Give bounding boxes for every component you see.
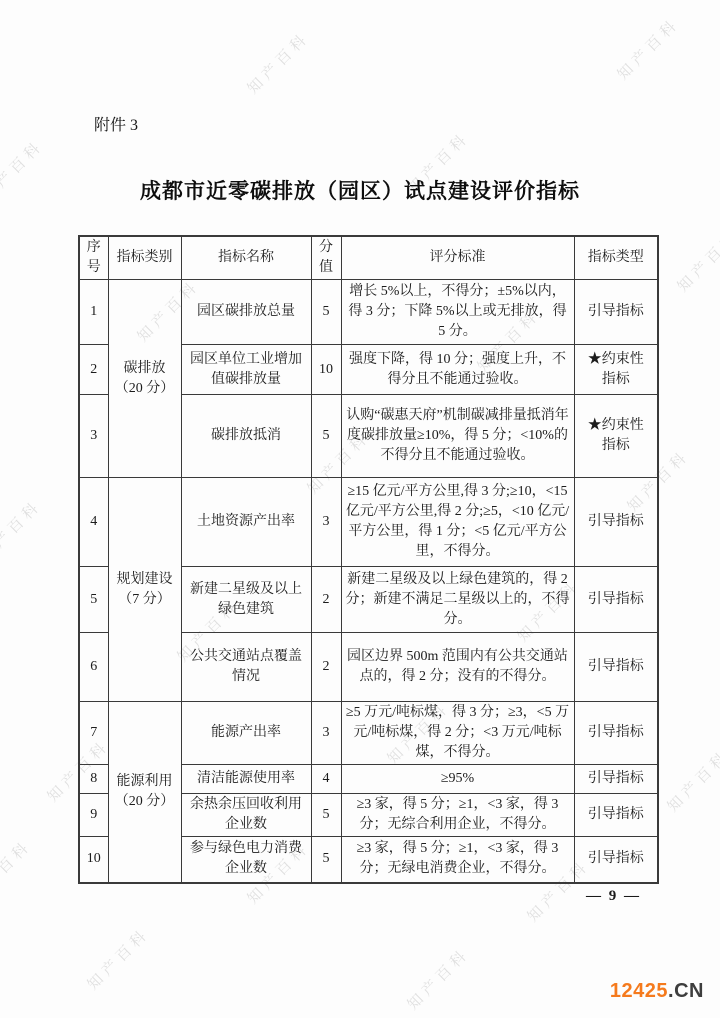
cell-indicator-name: 碳排放抵消 — [181, 395, 311, 478]
cell-criteria: ≥15 亿元/平方公里,得 3 分;≥10，<15 亿元/平方公里,得 2 分;… — [341, 478, 574, 567]
cell-no: 4 — [79, 478, 108, 567]
cell-indicator-name: 新建二星级及以上绿色建筑 — [181, 567, 311, 633]
cell-indicator-type: 引导指标 — [574, 567, 658, 633]
cell-no: 7 — [79, 702, 108, 765]
cell-criteria: 认购“碳惠天府”机制碳减排量抵消年度碳排放量≥10%，得 5 分；<10%的不得… — [341, 395, 574, 478]
cell-score: 5 — [311, 395, 341, 478]
cell-indicator-type: 引导指标 — [574, 702, 658, 765]
table-row: 1 碳排放 （20 分） 园区碳排放总量 5 增长 5%以上，不得分；±5%以内… — [79, 280, 658, 345]
cell-score: 4 — [311, 765, 341, 794]
cell-criteria: ≥5 万元/吨标煤，得 3 分；≥3，<5 万元/吨标煤，得 2 分；<3 万元… — [341, 702, 574, 765]
watermark-text: 知产百科 — [0, 495, 46, 566]
cell-indicator-name: 能源产出率 — [181, 702, 311, 765]
cell-score: 3 — [311, 478, 341, 567]
cell-indicator-name: 园区碳排放总量 — [181, 280, 311, 345]
cell-indicator-name: 公共交通站点覆盖情况 — [181, 633, 311, 702]
site-logo-domain: .CN — [668, 980, 704, 1002]
cell-score: 5 — [311, 837, 341, 883]
cell-indicator-name: 园区单位工业增加值碳排放量 — [181, 345, 311, 395]
cell-indicator-name: 参与绿色电力消费企业数 — [181, 837, 311, 883]
cell-indicator-type: ★约束性 指标 — [574, 345, 658, 395]
watermark-text: 知产百科 — [662, 745, 720, 816]
col-header-criteria: 评分标准 — [341, 236, 574, 280]
watermark-text: 知产百科 — [402, 943, 473, 1014]
table-row: 7 能源利用 （20 分） 能源产出率 3 ≥5 万元/吨标煤，得 3 分；≥3… — [79, 702, 658, 765]
cell-category-energy-use: 能源利用 （20 分） — [108, 702, 181, 883]
watermark-text: 知产百科 — [82, 923, 153, 994]
document-page: 知产百科 知产百科 知产百科 知产百科 知产百科 知产百科 知产百科 知产百科 … — [0, 0, 720, 1018]
cell-indicator-name: 土地资源产出率 — [181, 478, 311, 567]
cell-indicator-name: 清洁能源使用率 — [181, 765, 311, 794]
cell-criteria: ≥3 家，得 5 分；≥1，<3 家，得 3 分；无综合利用企业，不得分。 — [341, 794, 574, 837]
page-title: 成都市近零碳排放（园区）试点建设评价指标 — [0, 175, 720, 205]
col-header-name: 指标名称 — [181, 236, 311, 280]
watermark-text: 知产百科 — [242, 27, 313, 98]
cell-score: 2 — [311, 633, 341, 702]
cell-score: 5 — [311, 794, 341, 837]
cell-criteria: 园区边界 500m 范围内有公共交通站点的，得 2 分；没有的不得分。 — [341, 633, 574, 702]
watermark-text: 知产百科 — [672, 225, 720, 296]
cell-criteria: ≥3 家，得 5 分；≥1，<3 家，得 3 分；无绿电消费企业，不得分。 — [341, 837, 574, 883]
cell-no: 9 — [79, 794, 108, 837]
cell-no: 2 — [79, 345, 108, 395]
cell-criteria: ≥95% — [341, 765, 574, 794]
cell-no: 6 — [79, 633, 108, 702]
watermark-text: 知产百科 — [0, 835, 36, 906]
cell-score: 2 — [311, 567, 341, 633]
cell-category-planning-construction: 规划建设 （7 分） — [108, 478, 181, 702]
cell-indicator-type: 引导指标 — [574, 765, 658, 794]
col-header-no: 序号 — [79, 236, 108, 280]
cell-no: 1 — [79, 280, 108, 345]
cell-indicator-type: 引导指标 — [574, 280, 658, 345]
cell-score: 5 — [311, 280, 341, 345]
cell-indicator-type: 引导指标 — [574, 633, 658, 702]
cell-score: 10 — [311, 345, 341, 395]
cell-no: 8 — [79, 765, 108, 794]
col-header-score: 分值 — [311, 236, 341, 280]
cell-no: 10 — [79, 837, 108, 883]
attachment-label: 附件 3 — [94, 112, 138, 135]
cell-criteria: 强度下降，得 10 分；强度上升，不得分且不能通过验收。 — [341, 345, 574, 395]
site-logo: 12425.CN — [610, 980, 704, 1003]
cell-criteria: 增长 5%以上，不得分；±5%以内，得 3 分；下降 5%以上或无排放，得 5 … — [341, 280, 574, 345]
col-header-category: 指标类别 — [108, 236, 181, 280]
site-logo-number: 12425 — [610, 980, 668, 1002]
cell-indicator-type: ★约束性 指标 — [574, 395, 658, 478]
watermark-text: 知产百科 — [612, 13, 683, 84]
cell-score: 3 — [311, 702, 341, 765]
col-header-type: 指标类型 — [574, 236, 658, 280]
cell-indicator-type: 引导指标 — [574, 794, 658, 837]
cell-category-carbon-emission: 碳排放 （20 分） — [108, 280, 181, 478]
table-header-row: 序号 指标类别 指标名称 分值 评分标准 指标类型 — [79, 236, 658, 280]
cell-criteria: 新建二星级及以上绿色建筑的，得 2 分；新建不满足二星级以上的，不得分。 — [341, 567, 574, 633]
cell-indicator-name: 余热余压回收利用企业数 — [181, 794, 311, 837]
cell-no: 3 — [79, 395, 108, 478]
cell-no: 5 — [79, 567, 108, 633]
cell-indicator-type: 引导指标 — [574, 837, 658, 883]
evaluation-table: 序号 指标类别 指标名称 分值 评分标准 指标类型 1 碳排放 （20 分） 园… — [78, 235, 659, 884]
table-row: 4 规划建设 （7 分） 土地资源产出率 3 ≥15 亿元/平方公里,得 3 分… — [79, 478, 658, 567]
cell-indicator-type: 引导指标 — [574, 478, 658, 567]
page-number: — 9 — — [586, 888, 641, 905]
